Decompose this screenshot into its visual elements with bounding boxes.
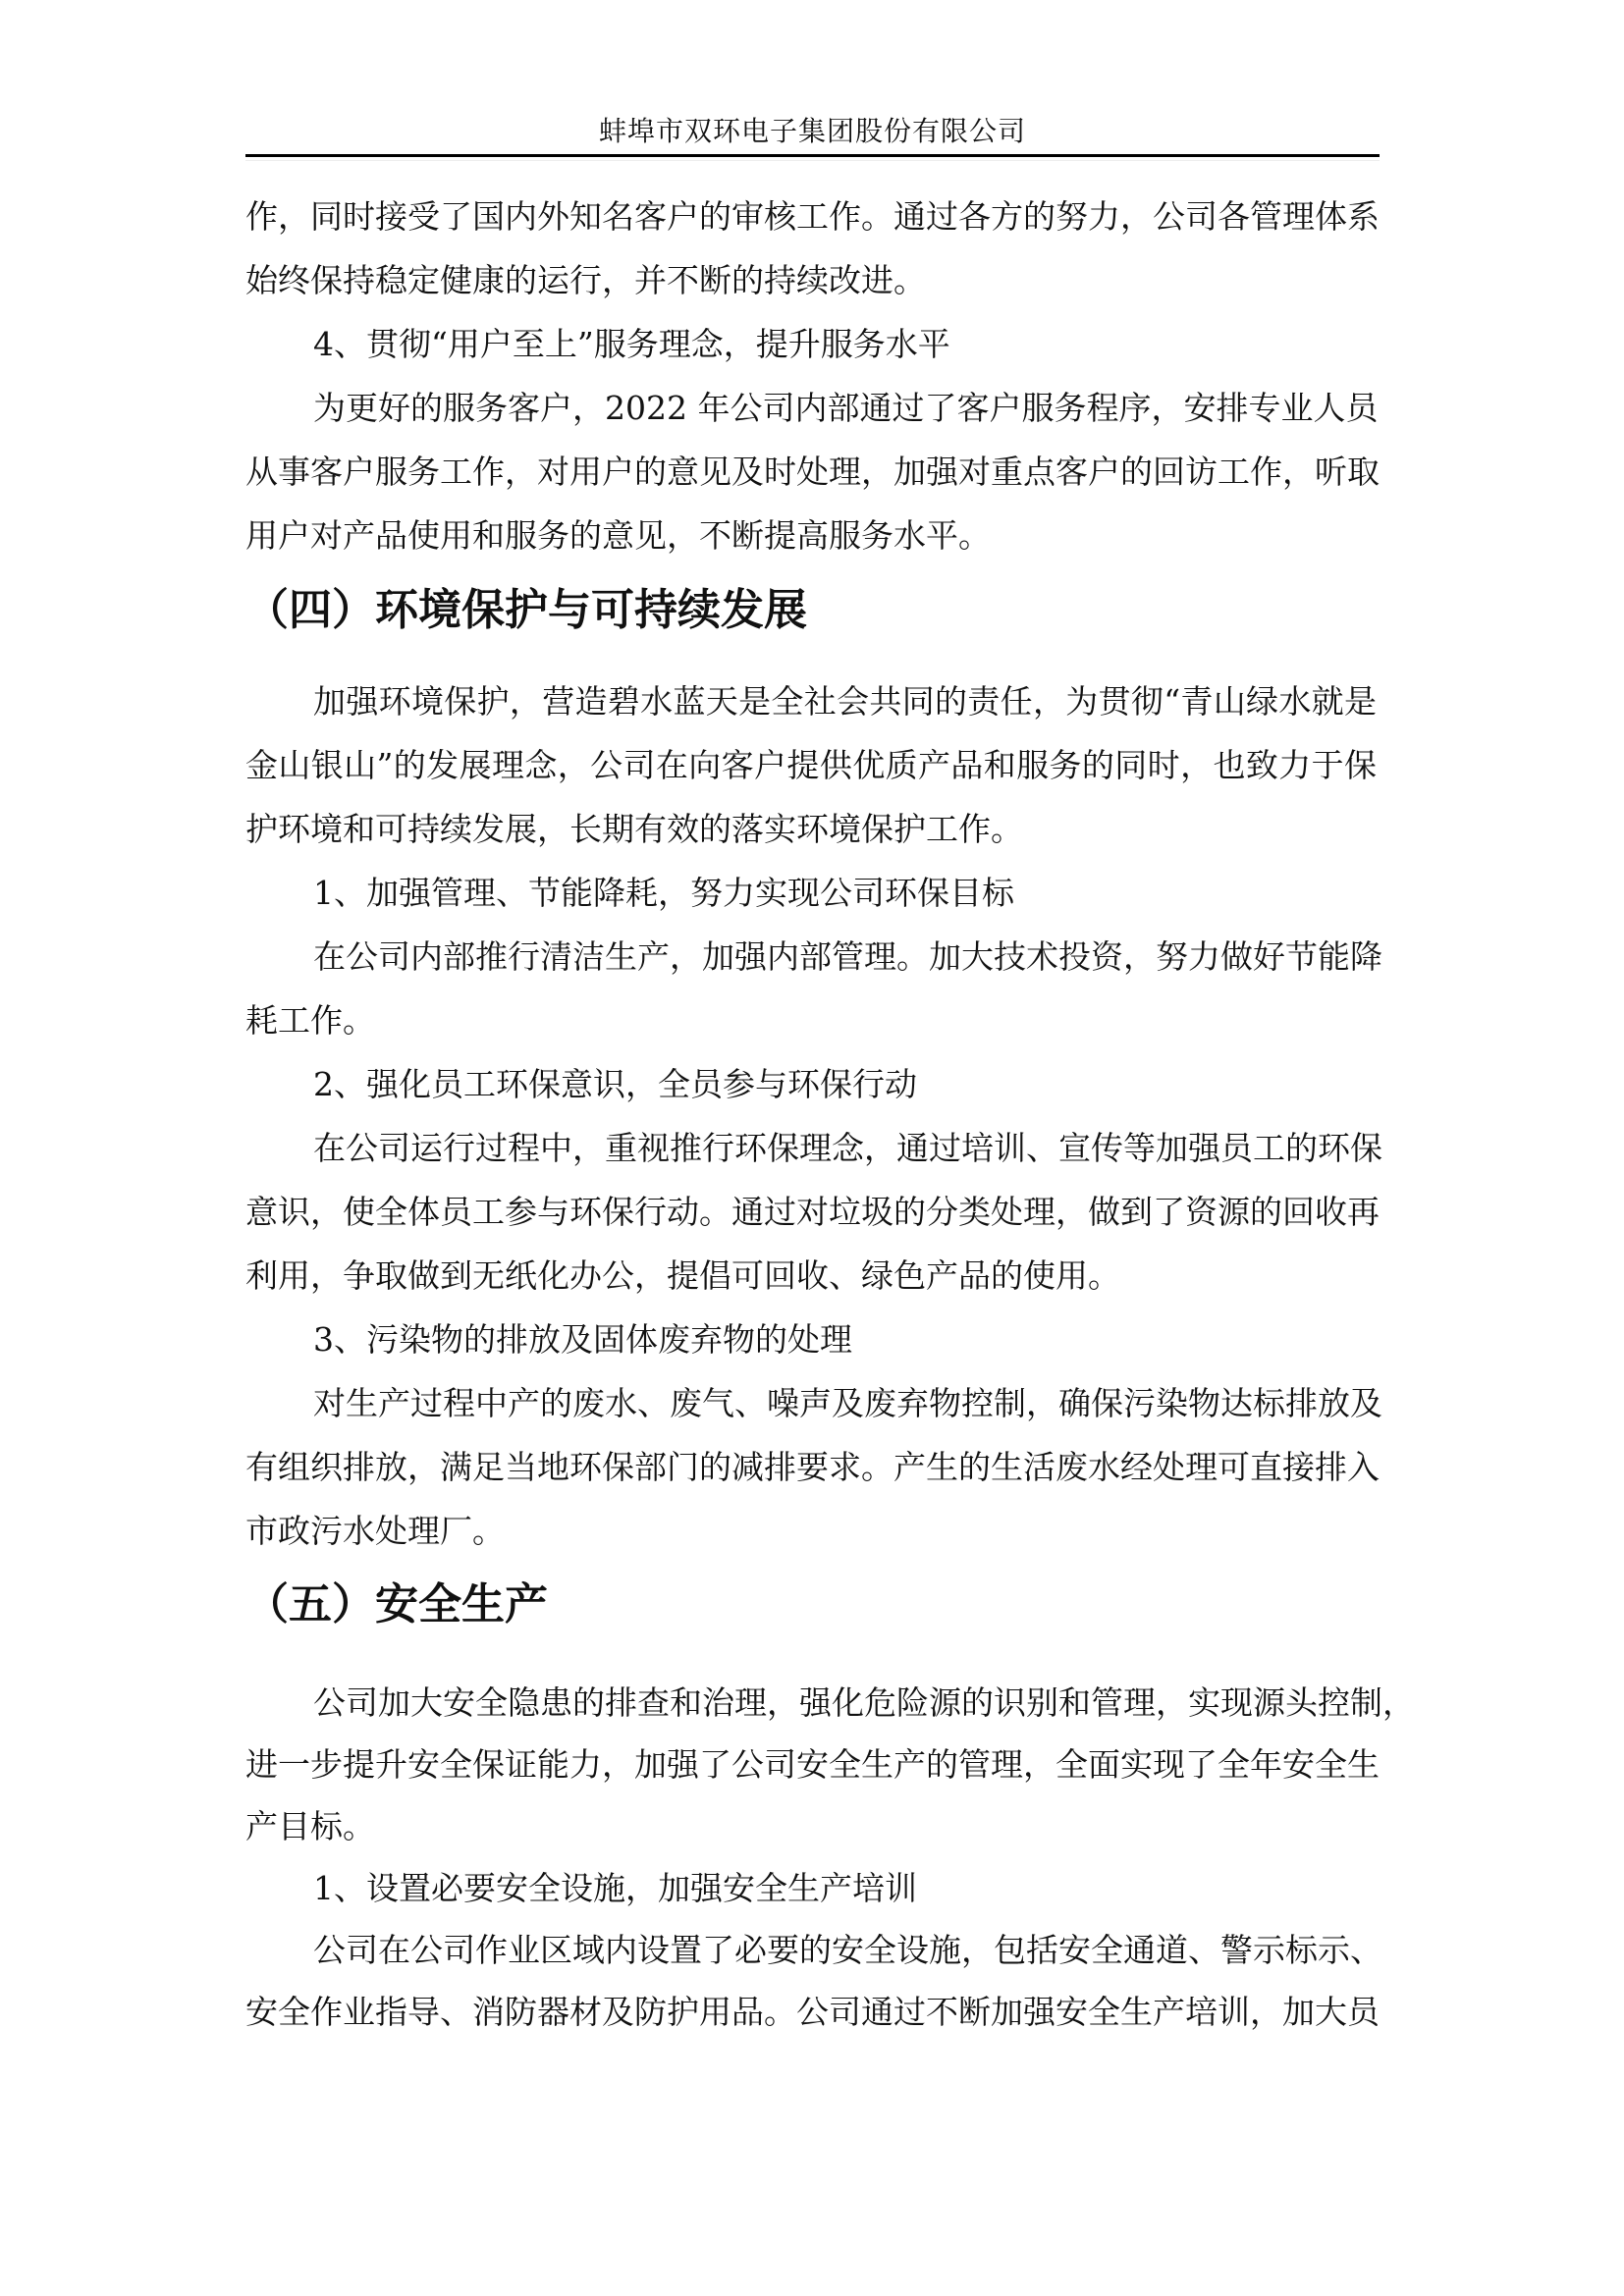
paragraph-line: 在公司运行过程中，重视推行环保理念，通过培训、宣传等加强员工的环保 — [245, 1126, 1377, 1171]
paragraph-line: 护环境和可持续发展，长期有效的落实环境保护工作。 — [245, 807, 1377, 852]
paragraph-line: 有组织排放，满足当地环保部门的减排要求。产生的生活废水经处理可直接排入 — [245, 1445, 1377, 1490]
running-header: 蚌埠市双环电子集团股份有限公司 — [245, 114, 1380, 149]
paragraph-line: 市政污水处理厂。 — [245, 1509, 1377, 1554]
subheading-service: 4、贯彻“用户至上”服务理念，提升服务水平 — [245, 322, 1377, 367]
paragraph-line: 利用，争取做到无纸化办公，提倡可回收、绿色产品的使用。 — [245, 1254, 1377, 1299]
subheading-env-1: 1、加强管理、节能降耗，努力实现公司环保目标 — [245, 871, 1377, 916]
document-page: 蚌埠市双环电子集团股份有限公司 作，同时接受了国内外知名客户的审核工作。通过各方… — [0, 0, 1624, 2296]
paragraph-line: 加强环境保护，营造碧水蓝天是全社会共同的责任，为贯彻“青山绿水就是 — [245, 679, 1377, 724]
paragraph-line: 在公司内部推行清洁生产，加强内部管理。加大技术投资，努力做好节能降 — [245, 934, 1377, 980]
section-heading-environment: （四）环境保护与可持续发展 — [245, 581, 807, 640]
paragraph-line: 用户对产品使用和服务的意见，不断提高服务水平。 — [245, 513, 1377, 559]
subheading-env-2: 2、强化员工环保意识，全员参与环保行动 — [245, 1062, 1377, 1107]
paragraph-line: 从事客户服务工作，对用户的意见及时处理，加强对重点客户的回访工作，听取 — [245, 450, 1377, 495]
subheading-safety-1: 1、设置必要安全设施，加强安全生产培训 — [245, 1866, 1377, 1911]
subheading-env-3: 3、污染物的排放及固体废弃物的处理 — [245, 1317, 1377, 1362]
paragraph-line: 意识，使全体员工参与环保行动。通过对垃圾的分类处理，做到了资源的回收再 — [245, 1190, 1377, 1235]
header-rule — [245, 154, 1380, 157]
paragraph-line: 安全作业指导、消防器材及防护用品。公司通过不断加强安全生产培训，加大员 — [245, 1990, 1377, 2035]
paragraph-line: 耗工作。 — [245, 998, 1377, 1043]
paragraph-line: 对生产过程中产的废水、废气、噪声及废弃物控制，确保污染物达标排放及 — [245, 1381, 1377, 1426]
header-rule-shadow — [245, 160, 1380, 161]
paragraph-line: 公司在公司作业区域内设置了必要的安全设施，包括安全通道、警示标示、 — [245, 1928, 1377, 1973]
paragraph-line: 进一步提升安全保证能力，加强了公司安全生产的管理，全面实现了全年安全生 — [245, 1742, 1377, 1788]
section-heading-safety: （五）安全生产 — [245, 1575, 548, 1634]
paragraph-line: 作，同时接受了国内外知名客户的审核工作。通过各方的努力，公司各管理体系 — [245, 194, 1377, 240]
paragraph-line: 金山银山”的发展理念，公司在向客户提供优质产品和服务的同时，也致力于保 — [245, 743, 1377, 788]
paragraph-line: 始终保持稳定健康的运行，并不断的持续改进。 — [245, 258, 1377, 303]
paragraph-line: 产目标。 — [245, 1804, 1377, 1849]
paragraph-line: 公司加大安全隐患的排查和治理，强化危险源的识别和管理，实现源头控制， — [245, 1681, 1377, 1726]
paragraph-line: 为更好的服务客户，2022 年公司内部通过了客户服务程序，安排专业人员 — [245, 386, 1377, 431]
